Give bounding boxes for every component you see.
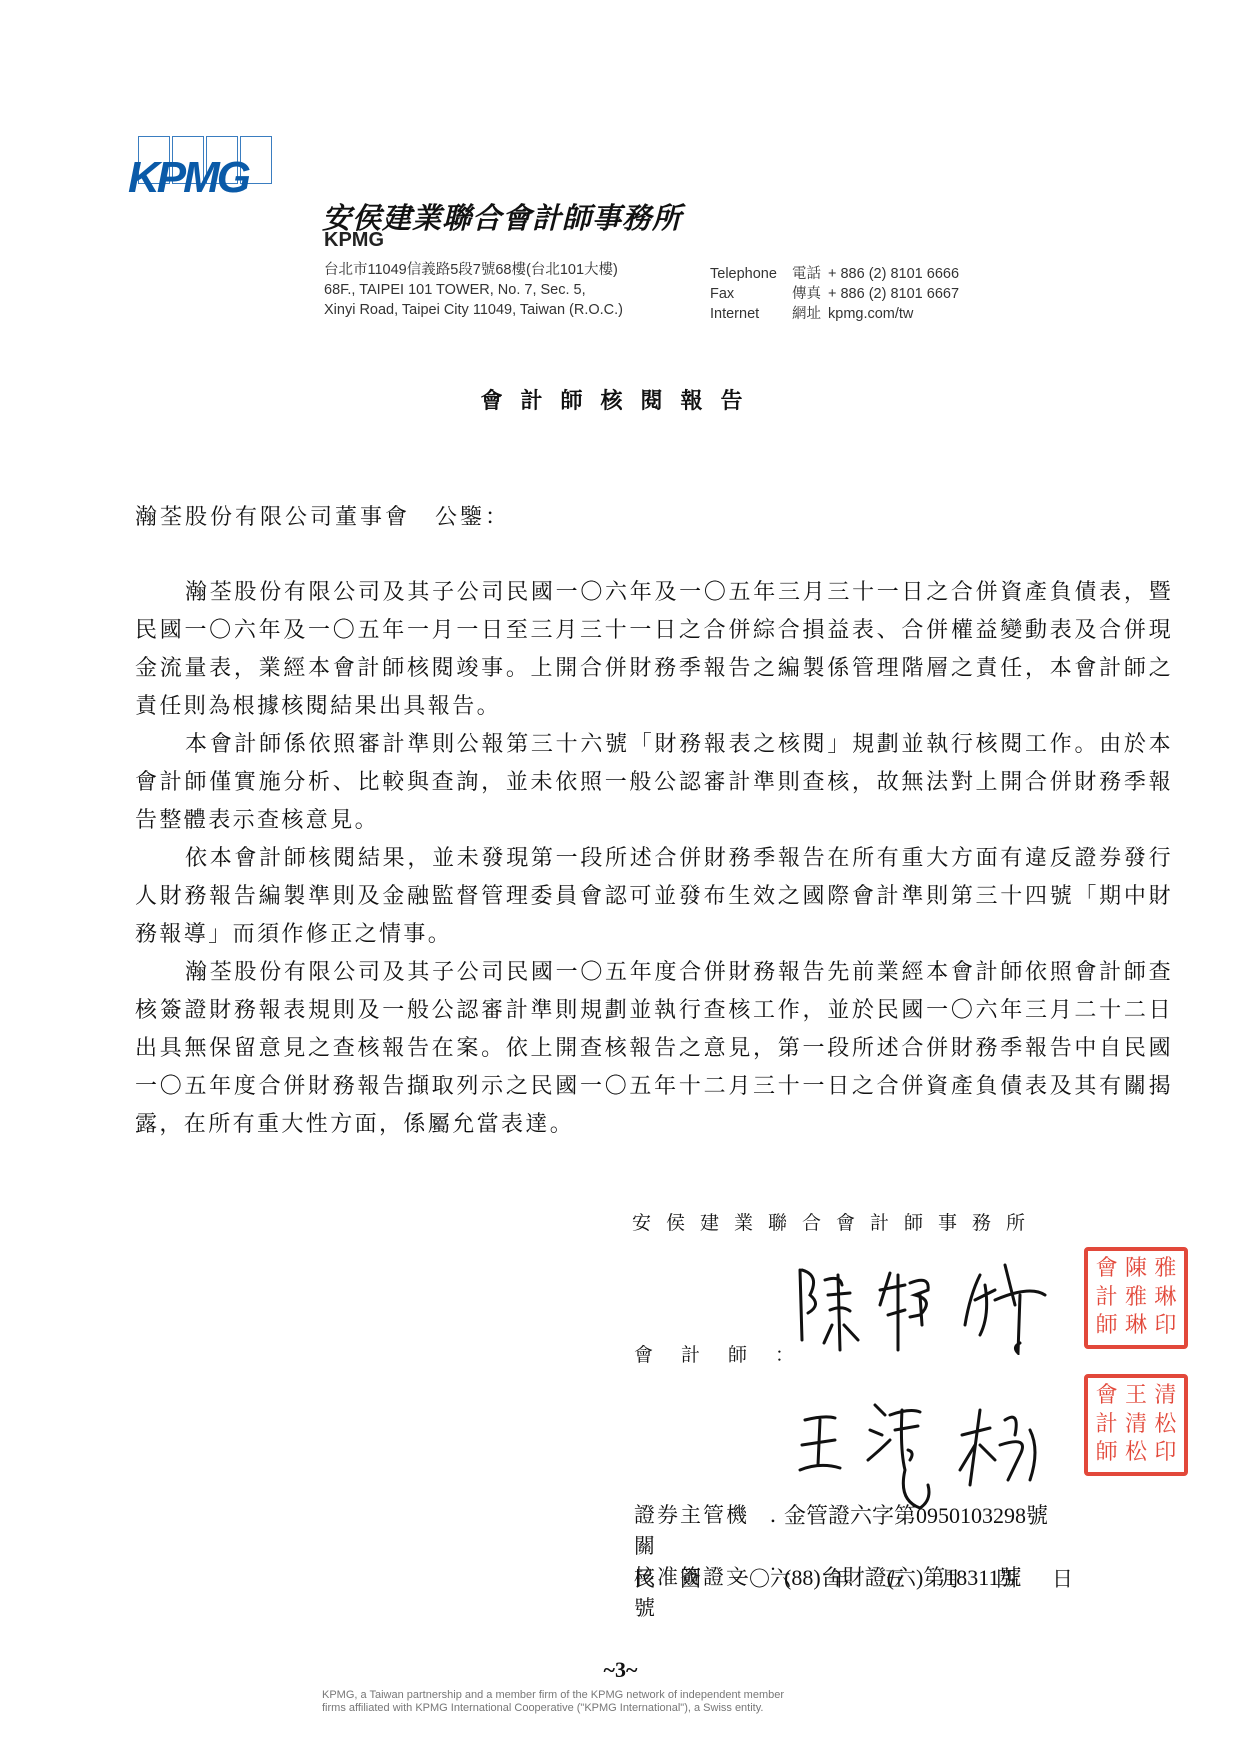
paragraph: 瀚荃股份有限公司及其子公司民國一〇五年度合併財務報告先前業經本會計師依照會計師查… [135,954,1173,1144]
signature-wang-ching-sung [790,1390,1090,1510]
firm-contact: Telephone 電話 + 886 (2) 8101 6666 Fax 傳真 … [710,264,959,324]
paragraph: 依本會計師核閱結果，並未發現第一段所述合併財務季報告在所有重大方面有違反證券發行… [135,840,1173,954]
registration-info: 證券主管機關 . 金管證六字第0950103298號 核准簽證文號 ˙ (88)… [634,1500,1048,1624]
kpmg-logo: KPMG [128,136,284,206]
logo-wordmark: KPMG [128,156,248,200]
firm-name-english: KPMG [324,229,384,252]
paragraph: 瀚荃股份有限公司及其子公司民國一〇六年及一〇五年三月三十一日之合併資產負債表，暨… [135,574,1173,726]
paragraph: 本會計師係依照審計準則公報第三十六號「財務報表之核閱」規劃並執行核閱工作。由於本… [135,726,1173,840]
seal-stamp: 會王清 計清松 師松印 [1084,1374,1188,1476]
address-line: Xinyi Road, Taipei City 11049, Taiwan (R… [324,300,623,320]
address-line: 68F., TAIPEI 101 TOWER, No. 7, Sec. 5, [324,280,623,300]
report-date: 民 國 一〇六 年 五 月 四 日 [634,1563,1073,1593]
legal-footer: KPMG, a Taiwan partnership and a member … [322,1689,784,1715]
firm-address: 台北市11049信義路5段7號68樓(台北101大樓) 68F., TAIPEI… [324,260,623,320]
contact-telephone: Telephone 電話 + 886 (2) 8101 6666 [710,264,959,284]
report-title: 會計師核閱報告 [0,384,1241,415]
contact-fax: Fax 傳真 + 886 (2) 8101 6667 [710,284,959,304]
registration-row: 證券主管機關 . 金管證六字第0950103298號 [634,1500,1048,1562]
address-line: 台北市11049信義路5段7號68樓(台北101大樓) [324,260,623,280]
page-number: ~3~ [0,1657,1241,1683]
contact-internet: Internet 網址 kpmg.com/tw [710,304,959,324]
signature-firm-name: 安侯建業聯合會計師事務所 [632,1208,1040,1235]
report-body: 瀚荃股份有限公司及其子公司民國一〇六年及一〇五年三月三十一日之合併資產負債表，暨… [135,574,1173,1144]
signature-chen-ya-lin [780,1255,1080,1355]
salutation: 瀚荃股份有限公司董事會 公鑒： [135,500,510,531]
seal-stamp: 會陳雅 計雅琳 師琳印 [1084,1247,1188,1349]
